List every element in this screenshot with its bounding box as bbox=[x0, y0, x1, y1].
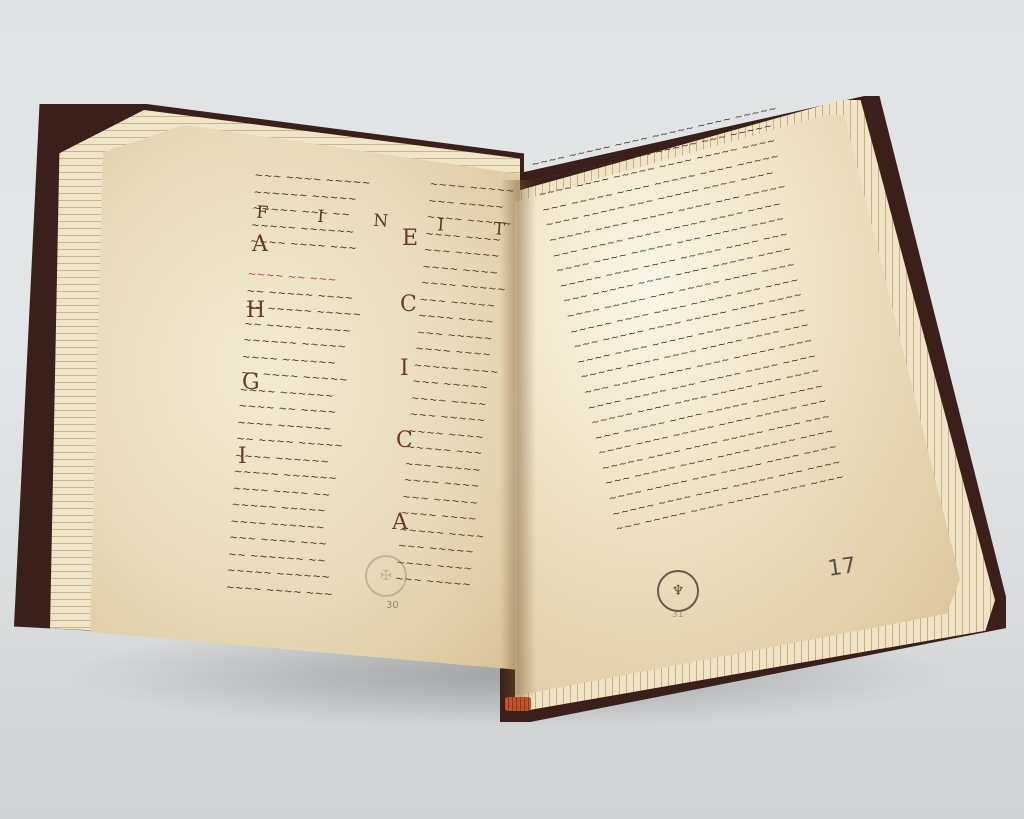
wall-text-line bbox=[0, 60, 700, 80]
right-folio-number-small: 31 bbox=[672, 610, 683, 620]
library-stamp-icon: ✠ bbox=[365, 555, 407, 597]
right-folio-number: 17 bbox=[826, 553, 857, 582]
left-page-text-column-1: ~~~ ~~~~ ~~~~~~~~~~~ ~~~~~~~~~~ ~~~ ~~~~… bbox=[225, 167, 405, 605]
spine-headband bbox=[505, 697, 531, 711]
decorated-initial: I bbox=[400, 356, 409, 381]
wall-text-line bbox=[0, 80, 700, 100]
decorated-initial: C bbox=[400, 292, 417, 317]
library-stamp-icon: ♆ bbox=[657, 570, 699, 612]
left-folio-number: 30 bbox=[386, 600, 399, 611]
decorated-initial: E bbox=[402, 226, 418, 251]
